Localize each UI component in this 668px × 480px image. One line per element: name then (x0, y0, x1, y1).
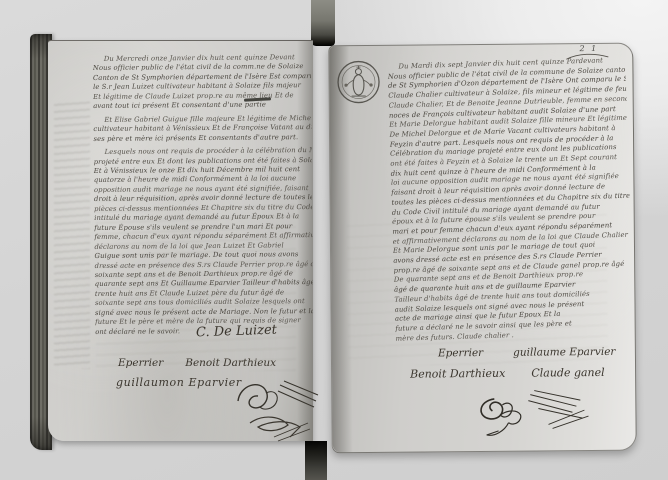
signature-paraph-flourish-icon (464, 380, 605, 445)
handwritten-line: avant tout ici présent Et consentant d'u… (93, 100, 311, 111)
book-gutter-strap-bottom (305, 441, 327, 480)
paragraph-ceremony: Lesquels nous ont requis de procéder à l… (94, 146, 314, 337)
witness-signature-row: Eperrier guillaume Eparvier (438, 346, 616, 360)
officiant-signature: C. De Luizet (196, 323, 277, 341)
signature: Benoit Darthieux (185, 357, 276, 369)
paragraph-bride: Et Elise Gabriel Guigue fille majeure Et… (93, 114, 311, 144)
circular-figure-stamp-icon (335, 58, 381, 106)
signature: Claude ganel (531, 366, 604, 380)
signature-paraph-flourish-icon (230, 371, 322, 443)
paragraph-act: Du Mardi dix sept Janvier dix huit cent … (387, 56, 633, 344)
witness-signature-row: guillaumon Eparvier (116, 376, 242, 389)
paragraph-opening: Du Mercredi onze Janvier dix huit cent q… (93, 53, 311, 112)
signature: Eperrier (438, 347, 483, 359)
left-page: Du Mercredi onze Janvier dix huit cent q… (48, 40, 313, 441)
witness-signature-row: Benoit Darthieux Claude ganel (410, 366, 605, 381)
signature: Eperrier (118, 357, 163, 369)
signature: guillaumon Eparvier (116, 376, 242, 389)
handwritten-line: ses père et mère ici présents Et consent… (93, 133, 311, 144)
signature: guillaume Eparvier (513, 346, 615, 359)
witness-signature-row: Eperrier Benoit Darthieux (118, 357, 276, 369)
scanned-register-photo: Du Mercredi onze Janvier dix huit cent q… (0, 0, 668, 480)
book-gutter-strap-top (311, 0, 335, 46)
right-page-text: Du Mardi dix sept Janvier dix huit cent … (387, 56, 633, 344)
bleed-through-margin (54, 99, 90, 369)
right-page: 2 1 Du Mardi dix sept Janvier dix huit c… (328, 43, 637, 454)
signature: Benoit Darthieux (410, 367, 505, 381)
left-page-text: Du Mercredi onze Janvier dix huit cent q… (93, 53, 313, 337)
